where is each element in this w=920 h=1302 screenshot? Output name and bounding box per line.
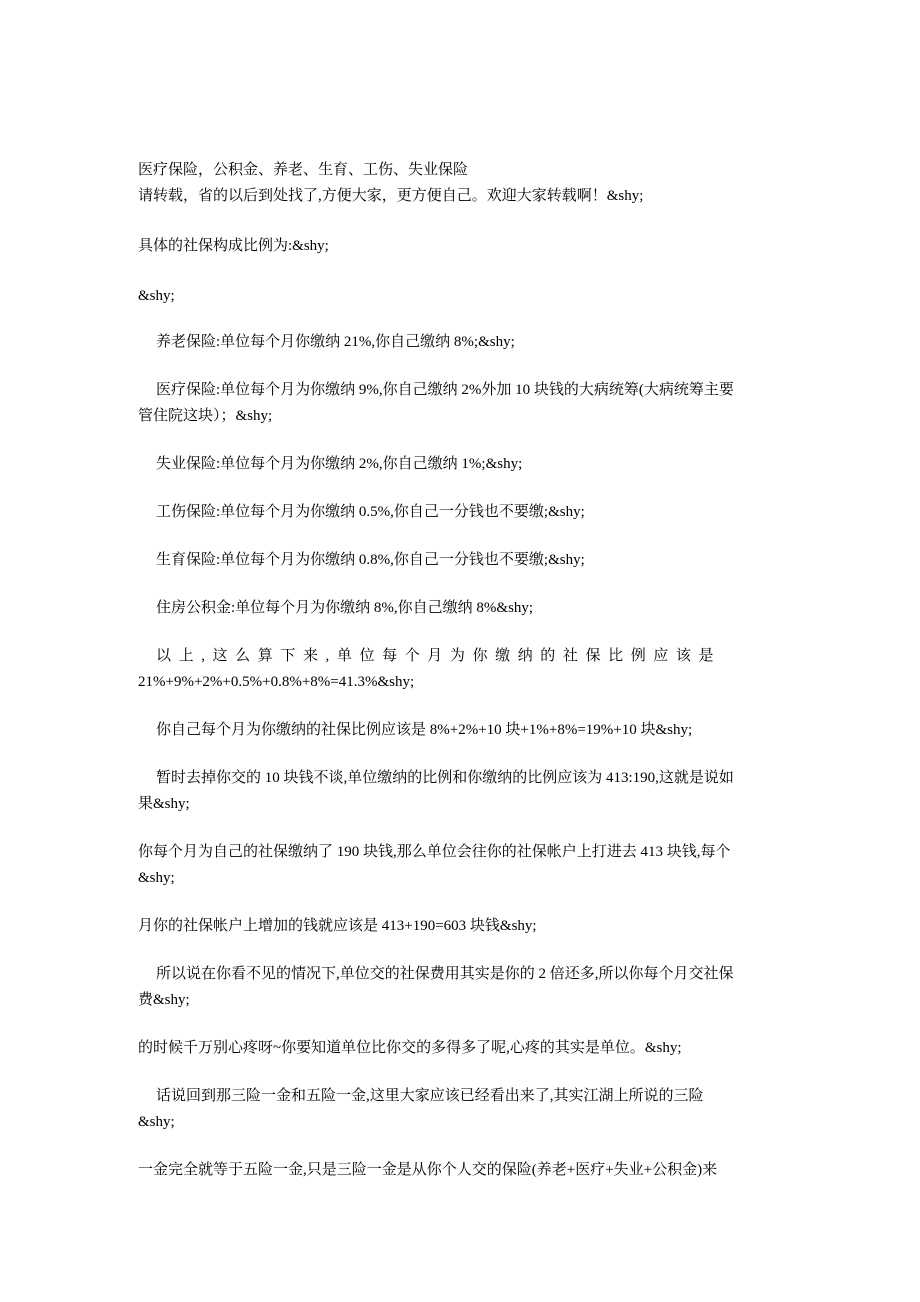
paragraph-line: 费&shy;	[138, 990, 783, 1010]
paragraph-line: 以上,这么算下来,单位每个月为你缴纳的社保比例应该是	[156, 646, 801, 666]
paragraph-line: 的时候千万别心疼呀~你要知道单位比你交的多得多了呢,心疼的其实是单位。&shy;	[138, 1038, 783, 1058]
paragraph-line: 月你的社保帐户上增加的钱就应该是 413+190=603 块钱&shy;	[138, 916, 783, 936]
paragraph-line: 话说回到那三险一金和五险一金,这里大家应该已经看出来了,其实江湖上所说的三险	[156, 1086, 801, 1106]
paragraph-line: &shy;	[138, 868, 783, 888]
paragraph-line: 管住院这块）；&shy;	[138, 406, 783, 426]
paragraph-line: 你每个月为自己的社保缴纳了 190 块钱,那么单位会往你的社保帐户上打进去 41…	[138, 842, 783, 862]
paragraph-line: 所以说在你看不见的情况下,单位交的社保费用其实是你的 2 倍还多,所以你每个月交…	[156, 964, 801, 984]
paragraph-line: 果&shy;	[138, 794, 783, 814]
pension-insurance-line: 养老保险:单位每个月你缴纳 21%,你自己缴纳 8%;&shy;	[156, 332, 801, 352]
medical-insurance-line: 医疗保险:单位每个月为你缴纳 9%,你自己缴纳 2%外加 10 块钱的大病统筹(…	[156, 380, 801, 400]
unemployment-insurance-line: 失业保险:单位每个月为你缴纳 2%,你自己缴纳 1%;&shy;	[156, 454, 801, 474]
document-page: 医疗保险，公积金、养老、生育、工伤、失业保险 请转载，省的以后到处找了,方便大家…	[0, 0, 920, 1302]
paragraph-line: &shy;	[138, 286, 783, 306]
maternity-insurance-line: 生育保险:单位每个月为你缴纳 0.8%,你自己一分钱也不要缴;&shy;	[156, 550, 801, 570]
paragraph-line: 请转载，省的以后到处找了,方便大家，更方便自己。欢迎大家转载啊！&shy;	[138, 186, 783, 206]
employer-total-formula-line: 21%+9%+2%+0.5%+0.8%+8%=41.3%&shy;	[138, 672, 783, 692]
employee-total-formula-line: 你自己每个月为你缴纳的社保比例应该是 8%+2%+10 块+1%+8%=19%+…	[156, 720, 801, 740]
paragraph-line: 一金完全就等于五险一金,只是三险一金是从你个人交的保险(养老+医疗+失业+公积金…	[138, 1160, 783, 1180]
housing-fund-line: 住房公积金:单位每个月为你缴纳 8%,你自己缴纳 8%&shy;	[156, 598, 801, 618]
paragraph-line: &shy;	[138, 1112, 783, 1132]
paragraph-line: 暂时去掉你交的 10 块钱不谈,单位缴纳的比例和你缴纳的比例应该为 413:19…	[156, 768, 801, 788]
paragraph-line: 具体的社保构成比例为:&shy;	[138, 236, 783, 256]
document-title-line: 医疗保险，公积金、养老、生育、工伤、失业保险	[138, 160, 783, 180]
injury-insurance-line: 工伤保险:单位每个月为你缴纳 0.5%,你自己一分钱也不要缴;&shy;	[156, 502, 801, 522]
